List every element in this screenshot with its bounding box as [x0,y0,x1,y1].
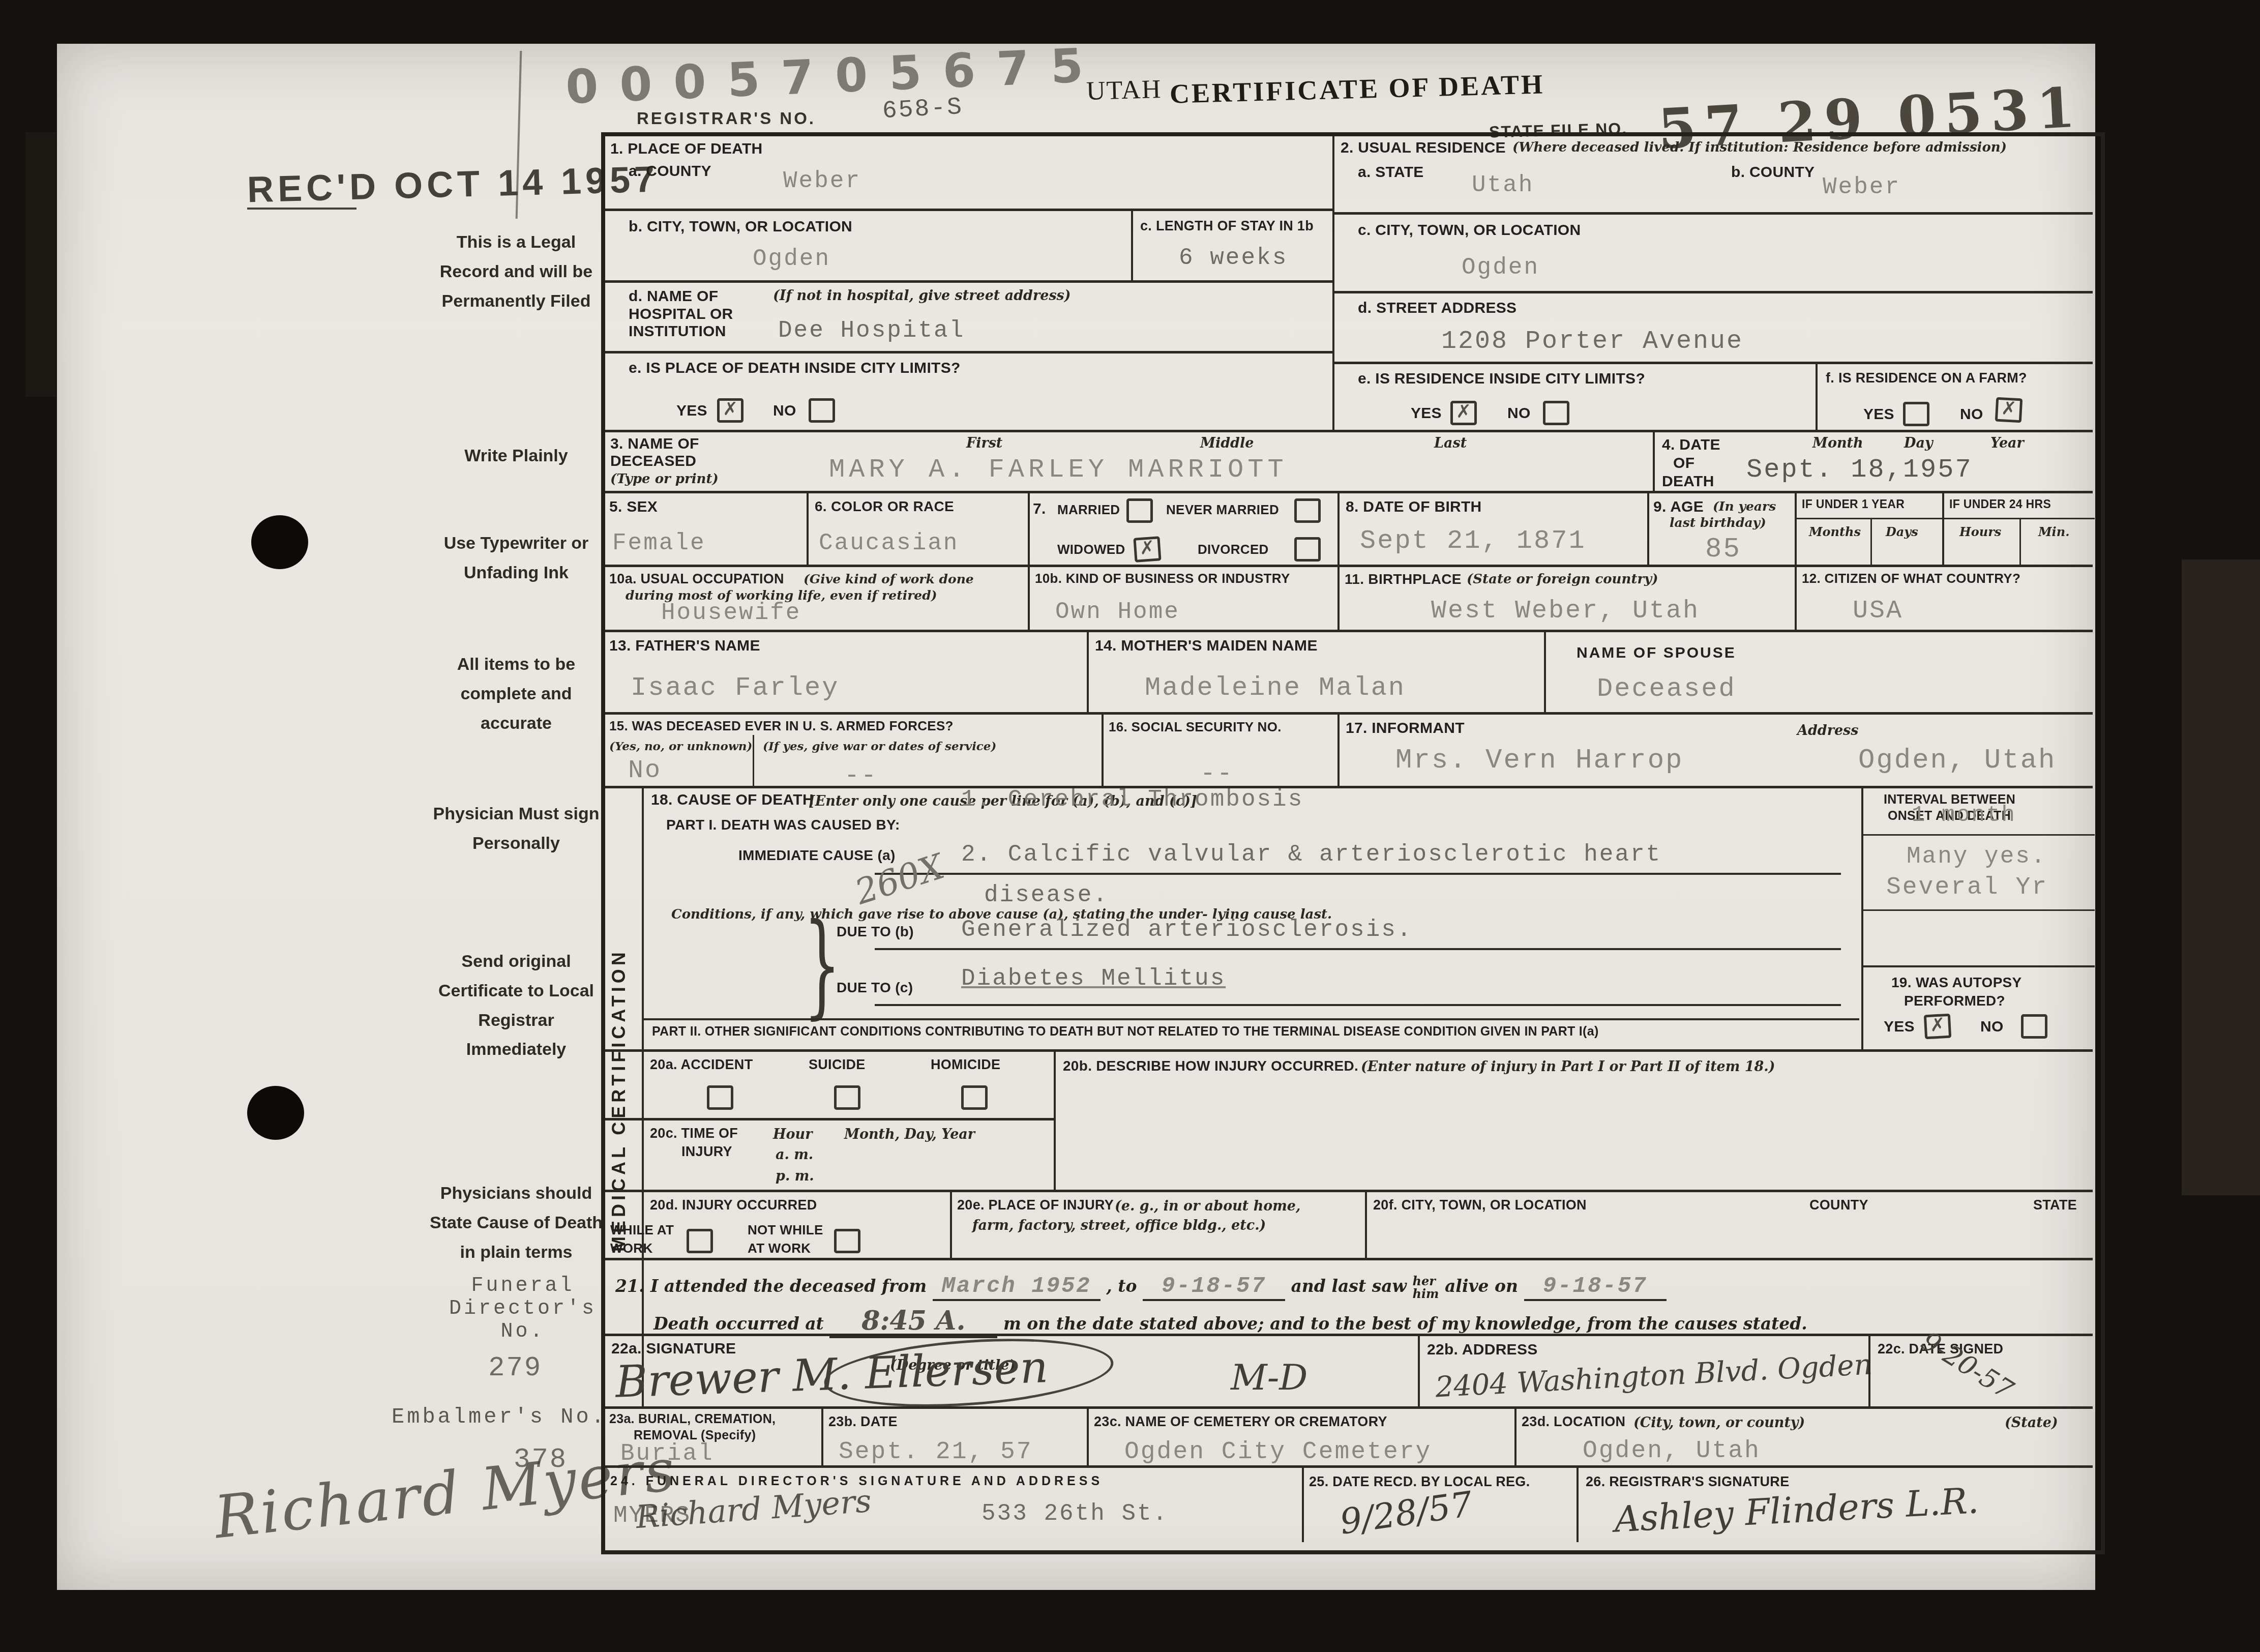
s25-value: 9/28/57 [1337,1484,1475,1543]
s2f-yes-checkbox [1903,402,1929,426]
s4-day-header: Day [1904,434,1933,452]
s1-title: 1. PLACE OF DEATH [610,140,763,158]
field-23a-burial: 23a. BURIAL, CREMATION, REMOVAL (Specify… [605,1406,821,1465]
s23a-value: Burial [620,1440,714,1467]
s9-label: 9. AGE [1653,498,1704,516]
s19-label2: PERFORMED? [1904,993,2005,1009]
photo-edge-highlight [2182,559,2260,1195]
s23b-value: Sept. 21, 57 [839,1438,1033,1466]
s1e-no-label: NO [773,402,796,420]
rule-line [1863,909,2095,911]
s1c-value: 6 weeks [1179,245,1288,271]
field-1a-county: 1. PLACE OF DEATH a. COUNTY Weber [605,136,1332,209]
s18-immediate-label: IMMEDIATE CAUSE (a) [738,847,896,864]
s18-brace-glyph: } [804,899,841,1030]
field-22b-address: 22b. ADDRESS 2404 Washington Blvd. Ogden [1418,1334,1868,1406]
s3-title3: (Type or print) [610,471,719,488]
s21-mid-text: , to [1106,1276,1137,1296]
s4-value: Sept. 18,1957 [1746,455,1973,485]
s15-label: 15. WAS DECEASED EVER IN U. S. ARMED FOR… [609,719,954,734]
s24-script-signature: Richard Myers [635,1482,873,1536]
s1a-value: Weber [783,168,861,194]
s1a-label: a. COUNTY [629,163,711,181]
s2c-label: c. CITY, TOWN, OR LOCATION [1358,222,1581,240]
s23a-label1: 23a. BURIAL, CREMATION, [609,1412,776,1427]
field-2ab-state-county: 2. USUAL RESIDENCE (Where deceased lived… [1332,136,2093,212]
s17-label: 17. INFORMANT [1346,720,1465,737]
s23d-label: 23d. LOCATION [1522,1414,1625,1430]
s20d-notwhile-checkbox [834,1229,860,1253]
s4-title1: 4. DATE [1662,436,1720,454]
rule-line [1863,965,2095,967]
s7-divorced-checkbox [1294,537,1321,562]
s3-first-header: First [966,434,1002,452]
s26-label: 26. REGISTRAR'S SIGNATURE [1586,1474,1789,1490]
s7-never-married-checkbox [1294,498,1321,523]
rule-line [875,873,1841,875]
s10a-value: Housewife [661,600,801,626]
photo-edge-smudge [25,132,56,397]
s7-widowed-label: WIDOWED [1057,542,1125,557]
s23c-value: Ogden City Cemetery [1124,1438,1432,1466]
rule-line [1870,518,1872,567]
s2d-value: 1208 Porter Avenue [1441,327,1743,356]
s1d-hint: (If not in hospital, give street address… [773,287,1071,305]
s19-no-label: NO [1980,1018,2004,1036]
s2b-value: Weber [1823,174,1900,200]
field-2c-city: c. CITY, TOWN, OR LOCATION Ogden [1332,212,2093,291]
s21-death-post-text: m on the date stated above; and to the b… [1003,1314,1807,1334]
interval-value1: 1 month [1912,803,2016,828]
s20d-while-checkbox [687,1229,713,1253]
s20c-pm-label: p. m. [776,1167,814,1185]
s3-last-header: Last [1434,434,1467,452]
s19-yes-label: YES [1884,1018,1915,1036]
s16-label: 16. SOCIAL SECURITY NO. [1109,720,1282,735]
field-interval-and-autopsy: INTERVAL BETWEEN ONSET AND DEATH 1 month… [1861,786,2093,1049]
s21-death-pre-text: Death occurred at [653,1314,824,1334]
s22b-label: 22b. ADDRESS [1427,1341,1538,1359]
s20e-hint2: farm, factory, street, office bldg., etc… [972,1217,1266,1234]
field-5-sex: 5. SEX Female [605,491,807,565]
s13-value: Isaac Farley [631,673,839,703]
s20a-accident-checkbox [707,1085,733,1110]
field-20e-place-of-injury: 20e. PLACE OF INJURY (e. g., in or about… [950,1190,1365,1258]
s21-alive-text: alive on [1445,1276,1518,1296]
field-17-informant: 17. INFORMANT Address Mrs. Vern Harrop O… [1337,712,2093,786]
rule-line [875,948,1841,950]
s9-hint2: last birthday) [1670,515,1766,532]
s1d-value: Dee Hospital [778,317,965,344]
s20d-while-label1: WHILE AT [610,1223,674,1238]
s18-due-b-label: DUE TO (b) [837,924,914,940]
s8-label: 8. DATE OF BIRTH [1346,498,1482,516]
s15-hint1: (Yes, no, or unknown) [609,739,752,754]
s12-label: 12. CITIZEN OF WHAT COUNTRY? [1802,571,2020,586]
s24-address: 533 26th St. [982,1500,1168,1527]
s18-cause-line2b: disease. [984,882,1109,908]
s20e-label: 20e. PLACE OF INJURY [957,1197,1114,1213]
margin-note-all-items: All items to be complete and accurate [427,650,605,738]
field-10a-occupation: 10a. USUAL OCCUPATION (Give kind of work… [605,565,1028,630]
margin-note-use-typewriter: Use Typewriter or Unfading Ink [427,529,605,588]
field-20c-time-of-injury: 20c. TIME OF INJURY Hour Month, Day, Yea… [605,1118,1054,1190]
s1e-no-checkbox [809,398,835,423]
s23d-value: Ogden, Utah [1583,1437,1761,1465]
s4-month-header: Month [1812,434,1863,452]
s2e-no-checkbox [1543,401,1569,425]
field-2e-city-limits: e. IS RESIDENCE INSIDE CITY LIMITS? YES … [1332,362,1816,430]
s15-hint2: (If yes, give war or dates of service) [763,739,996,754]
s14b-label: NAME OF SPOUSE [1577,644,1736,662]
s5-label: 5. SEX [609,498,658,516]
field-21-attended: 21. I attended the deceased from March 1… [605,1258,2093,1334]
s20d-while-label2: WORK [610,1241,653,1256]
s20c-hour-header: Hour [773,1126,812,1143]
field-18-cause-of-death: 18. CAUSE OF DEATH [Enter only one cause… [605,786,1861,1049]
s18-cause-line2: 2. Calcific valvular & arteriosclerotic … [961,841,1661,868]
s18-part1-label: PART I. DEATH WAS CAUSED BY: [666,817,900,833]
s19-yes-checkbox: ✗ [1924,1014,1951,1040]
s9-days-header: Days [1886,524,1918,540]
s20a-suicide-label: SUICIDE [809,1057,866,1073]
s6-label: 6. COLOR OR RACE [815,498,954,515]
field-22a-signature: 22a. SIGNATURE (Degree or title) Brewer … [605,1334,1418,1406]
rule-line [753,735,754,788]
s6-value: Caucasian [819,530,959,556]
s20e-hint1: (e. g., in or about home, [1115,1197,1300,1215]
s14b-value: Deceased [1597,674,1736,704]
s18-conditions-note: Conditions, if any, which gave rise to a… [671,906,809,924]
field-4-date-of-death: 4. DATE OF DEATH Month Day Year Sept. 18… [1653,430,2093,491]
field-1e-city-limits: e. IS PLACE OF DEATH INSIDE CITY LIMITS?… [605,351,1332,430]
field-3-name-of-deceased: 3. NAME OF DECEASED (Type or print) Firs… [605,430,1653,491]
s13-label: 13. FATHER'S NAME [609,637,760,655]
s22a-signature-suffix: M-D [1231,1356,1307,1398]
s18-cause-line1: 1. Cerebral Thrombosis [961,786,1303,813]
field-24-funeral-director: 24. FUNERAL DIRECTOR'S SIGNATURE AND ADD… [605,1465,1302,1542]
field-13-fathers-name: 13. FATHER'S NAME Isaac Farley [605,630,1087,712]
s20b-hint: (Enter nature of injury in Part I or Par… [1361,1058,1775,1076]
s4-year-header: Year [1990,434,2024,452]
s15-value1: No [628,756,662,785]
s21-her-him: herhim [1413,1275,1439,1300]
s23d-hint: (City, town, or county) [1633,1414,1805,1432]
s10a-hint1: (Give kind of work done [804,571,974,588]
s9-months-header: Months [1809,524,1861,540]
s9-value: 85 [1705,534,1741,565]
funeral-directors-no-value: 279 [488,1353,542,1384]
s9-hours-header: Hours [1959,524,2001,540]
s19-label1: 19. WAS AUTOPSY [1891,975,2022,991]
s20f-county-header: COUNTY [1809,1197,1868,1213]
s17-value: Mrs. Vern Harrop [1395,745,1683,776]
s20a-label: 20a. ACCIDENT [650,1057,753,1073]
s2b-label: b. COUNTY [1731,164,1815,182]
field-1c-length-of-stay: c. LENGTH OF STAY IN 1b 6 weeks [1131,209,1332,280]
s2e-label: e. IS RESIDENCE INSIDE CITY LIMITS? [1358,370,1645,388]
certificate-form: 1. PLACE OF DEATH a. COUNTY Weber b. CIT… [601,132,2105,1554]
s21-to-value: 9-18-57 [1162,1274,1266,1299]
s18-due-c-label: DUE TO (c) [837,980,913,996]
s1d-label: d. NAME OF HOSPITAL OR INSTITUTION [629,288,756,341]
s23d-hint2: (State) [2005,1414,2058,1432]
field-16-ssn: 16. SOCIAL SECURITY NO. -- [1102,712,1337,786]
title-state: UTAH [1086,74,1162,106]
interval-value2: Many yes. [1907,843,2046,870]
field-10b-business: 10b. KIND OF BUSINESS OR INDUSTRY Own Ho… [1028,565,1337,630]
s16-value: -- [1200,759,1234,788]
s20a-homicide-checkbox [961,1085,988,1110]
s1e-yes-checkbox: ✗ [717,398,744,423]
field-23c-cemetery: 23c. NAME OF CEMETERY OR CREMATORY Ogden… [1087,1406,1514,1465]
s23c-label: 23c. NAME OF CEMETERY OR CREMATORY [1094,1414,1387,1430]
s2e-no-label: NO [1507,405,1531,423]
s20d-notwhile-label2: AT WORK [748,1241,811,1256]
s14-label: 14. MOTHER'S MAIDEN NAME [1095,637,1318,655]
s18-due-c-value: Diabetes Mellitus [961,965,1226,992]
field-2d-street-address: d. STREET ADDRESS 1208 Porter Avenue [1332,291,2093,362]
field-9-age: 9. AGE (In years last birthday) 85 [1647,491,1795,565]
s1c-label: c. LENGTH OF STAY IN 1b [1140,218,1314,234]
s2-title-hint: (Where deceased lived. If institution: R… [1512,139,2007,157]
s25-label: 25. DATE RECD. BY LOCAL REG. [1309,1474,1530,1490]
s7-married-label: MARRIED [1057,503,1120,518]
s10b-label: 10b. KIND OF BUSINESS OR INDUSTRY [1035,571,1290,586]
s4-title3: DEATH [1662,473,1714,491]
field-12-citizen: 12. CITIZEN OF WHAT COUNTRY? USA [1795,565,2093,630]
s2d-label: d. STREET ADDRESS [1358,300,1516,317]
s18-part2-label: PART II. OTHER SIGNIFICANT CONDITIONS CO… [652,1024,1599,1039]
s9-u1-label: IF UNDER 1 YEAR [1802,497,1905,511]
s20b-label: 20b. DESCRIBE HOW INJURY OCCURRED. [1063,1058,1358,1074]
stamp-underline [247,208,356,210]
s20c-label1: 20c. TIME OF [650,1126,738,1141]
s21-from-blank: March 1952 [933,1274,1101,1301]
s17-address-value: Ogden, Utah [1858,745,2056,776]
s21-him: him [1413,1287,1439,1300]
s20c-label2: INJURY [681,1144,732,1160]
s7-never-married-label: NEVER MARRIED [1166,503,1279,518]
s11-label: 11. BIRTHPLACE [1345,571,1462,587]
rule-line [875,1004,1841,1006]
s5-value: Female [612,530,706,556]
s3-title2: DECEASED [610,453,696,470]
s21-time-value: 8:45 A. [861,1305,965,1336]
s20a-homicide-label: HOMICIDE [931,1057,1000,1073]
field-1d-hospital: d. NAME OF HOSPITAL OR INSTITUTION (If n… [605,280,1332,351]
s20d-label: 20d. INJURY OCCURRED [650,1197,817,1213]
field-20d-injury-occurred: 20d. INJURY OCCURRED WHILE AT WORK NOT W… [605,1190,950,1258]
interval-value3: Several Yr [1886,874,2048,901]
s3-middle-header: Middle [1200,434,1254,452]
s4-title2: OF [1673,455,1694,473]
field-11-birthplace: 11. BIRTHPLACE (State or foreign country… [1337,565,1795,630]
field-22c-date-signed: 22c. DATE SIGNED 9-20-57 [1868,1334,2093,1406]
s1b-label: b. CITY, TOWN, OR LOCATION [629,218,852,236]
s9-hint1: (In years [1713,498,1776,515]
scanned-death-certificate: 0005705675 REGISTRAR'S NO. 658-S UTAH CE… [0,0,2260,1652]
hole-punch-top [251,515,308,569]
field-name-of-spouse: NAME OF SPOUSE Deceased [1544,630,2093,712]
margin-note-send-original: Send original Certificate to Local Regis… [427,947,605,1065]
registrars-no-value: 658-S [882,94,964,125]
s9-min-header: Min. [2038,524,2070,540]
field-26-registrar-signature: 26. REGISTRAR'S SIGNATURE Ashley Flinder… [1577,1465,2093,1542]
s22c-value: 9-20-57 [1916,1325,2018,1405]
s20c-mdy-header: Month, Day, Year [844,1126,975,1143]
s21-to-blank: 9-18-57 [1143,1274,1285,1301]
s3-title1: 3. NAME OF [610,435,699,453]
field-1b-city: b. CITY, TOWN, OR LOCATION Ogden [605,209,1131,280]
s23b-label: 23b. DATE [828,1414,898,1430]
s20f-label: 20f. CITY, TOWN, OR LOCATION [1373,1197,1587,1213]
field-14-mothers-maiden-name: 14. MOTHER'S MAIDEN NAME Madeleine Malan [1087,630,1544,712]
s7-num: 7. [1033,500,1046,518]
field-9-under-1-year: IF UNDER 1 YEAR Months Days [1795,491,1942,565]
margin-note-legal-record: This is a Legal Record and will be Perma… [427,228,605,316]
field-20a-accident-suicide-homicide: 20a. ACCIDENT SUICIDE HOMICIDE [605,1049,1054,1118]
s18-due-b-value: Generalized arteriosclerosis. [961,917,1413,943]
s1e-label: e. IS PLACE OF DEATH INSIDE CITY LIMITS? [629,360,961,377]
embalmers-no-label: Embalmer's No. [392,1405,607,1429]
s21-saw-text: and last saw [1291,1276,1407,1296]
s3-value: MARY A. FARLEY MARRIOTT [829,455,1288,485]
s2-title: 2. USUAL RESIDENCE [1341,139,1506,157]
s14-value: Madeleine Malan [1145,673,1406,703]
registrars-no-label: REGISTRAR'S NO. [637,109,816,128]
s2c-value: Ogden [1462,254,1539,281]
s1e-yes-label: YES [676,402,707,420]
field-7-marital-status: 7. MARRIED NEVER MARRIED WIDOWED ✗ DIVOR… [1028,491,1337,565]
hole-punch-bottom [247,1086,304,1140]
rule-line [1863,834,2095,836]
s2a-value: Utah [1472,172,1534,198]
s21-pre-text: 21. I attended the deceased from [615,1276,927,1296]
s11-hint: (State or foreign country) [1467,571,1658,588]
s21-from-value: March 1952 [942,1274,1091,1299]
s20d-notwhile-label1: NOT WHILE [748,1223,823,1238]
s2f-yes-label: YES [1863,406,1894,424]
field-15-armed-forces: 15. WAS DECEASED EVER IN U. S. ARMED FOR… [605,712,1102,786]
s7-divorced-label: DIVORCED [1198,542,1269,557]
s21-alive-blank: 9-18-57 [1524,1274,1667,1301]
s2e-yes-label: YES [1411,405,1442,423]
s10a-label: 10a. USUAL OCCUPATION [609,571,784,587]
margin-note-write-plainly: Write Plainly [427,441,605,471]
field-25-date-received: 25. DATE RECD. BY LOCAL REG. 9/28/57 [1302,1465,1577,1542]
s20c-am-label: a. m. [776,1146,813,1164]
field-8-date-of-birth: 8. DATE OF BIRTH Sept 21, 1871 [1337,491,1647,565]
field-20f-injury-location: 20f. CITY, TOWN, OR LOCATION COUNTY STAT… [1365,1190,2093,1258]
margin-note-cause-plain-terms: Physicians should State Cause of Death i… [427,1179,605,1267]
s9-u2-label: IF UNDER 24 HRS [1949,497,2051,511]
s21-her: her [1413,1275,1439,1287]
s7-married-checkbox [1126,498,1153,523]
s8-value: Sept 21, 1871 [1360,526,1586,556]
field-6-color-or-race: 6. COLOR OR RACE Caucasian [807,491,1028,565]
s17-address-header: Address [1797,722,1859,740]
s19-no-checkbox [2021,1014,2047,1039]
s2f-label: f. IS RESIDENCE ON A FARM? [1826,370,2027,386]
s2e-yes-checkbox: ✗ [1450,401,1477,425]
s1b-value: Ogden [753,246,830,272]
field-2f-farm: f. IS RESIDENCE ON A FARM? YES NO ✗ [1816,362,2093,430]
rule-line [2019,518,2021,567]
s20a-suicide-checkbox [834,1085,860,1110]
s2f-no-label: NO [1960,406,1983,424]
rule-line [644,1018,1859,1020]
s21-alive-value: 9-18-57 [1543,1274,1648,1299]
s2f-no-checkbox: ✗ [1995,397,2023,423]
s2a-label: a. STATE [1358,164,1424,182]
field-23b-date: 23b. DATE Sept. 21, 57 [821,1406,1087,1465]
s10b-value: Own Home [1055,599,1180,625]
field-9-under-24-hrs: IF UNDER 24 HRS Hours Min. [1942,491,2093,565]
field-23d-location: 23d. LOCATION (City, town, or county) (S… [1514,1406,2093,1465]
s11-value: West Weber, Utah [1431,597,1700,626]
s12-value: USA [1853,597,1903,626]
s20f-state-header: STATE [2033,1197,2077,1213]
funeral-directors-no-label: Funeral Director's No. [431,1275,614,1343]
s7-widowed-checkbox: ✗ [1133,536,1161,563]
s18-label: 18. CAUSE OF DEATH [651,791,814,809]
field-20b-describe-injury: 20b. DESCRIBE HOW INJURY OCCURRED. (Ente… [1054,1049,2093,1190]
margin-note-physician-sign: Physician Must sign Personally [427,800,605,859]
